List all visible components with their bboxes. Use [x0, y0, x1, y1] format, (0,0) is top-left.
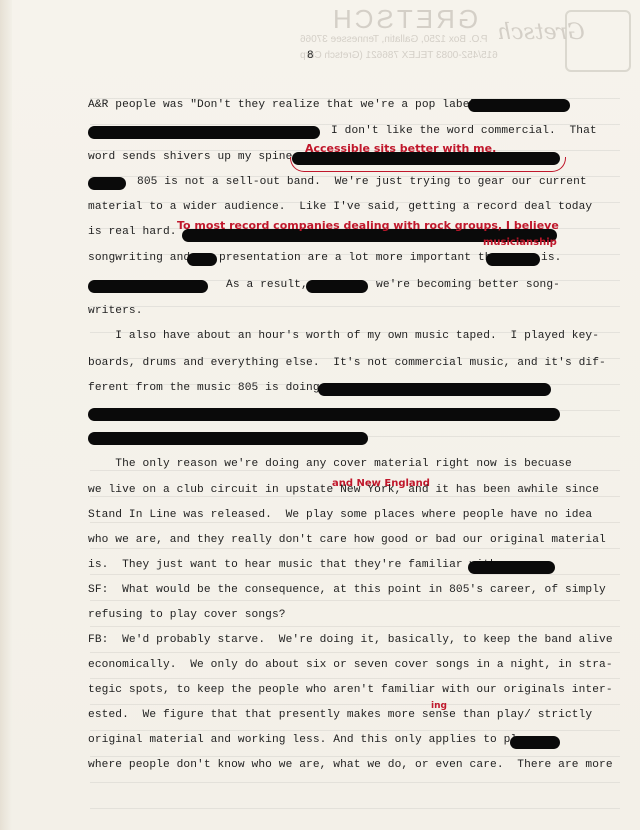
redaction-bar: [486, 253, 540, 266]
text-line: who we are, and they really don't care h…: [88, 534, 606, 546]
handwritten-note: Accessible sits better with me.: [305, 142, 496, 155]
letterhead-phone: 615/452-0083 TELEX 786621 (Gretsch Corp: [300, 50, 498, 61]
text-line: is.: [541, 252, 561, 264]
letterhead-company: GRETSCH: [330, 4, 478, 35]
text-line: writers.: [88, 305, 143, 317]
redaction-bar: [510, 736, 560, 749]
handwritten-note: musicianship: [483, 237, 557, 248]
redaction-bar: [88, 432, 368, 445]
text-line: original material and working less. And …: [88, 734, 545, 746]
redaction-bar: [88, 126, 320, 139]
redaction-bar: [306, 280, 368, 293]
text-line: we're becoming better song-: [376, 279, 560, 291]
document-page: GRETSCH P.O. Box 1250, Gallatin, Tenness…: [0, 0, 640, 830]
gretsch-logo-icon: [565, 10, 631, 72]
text-line: I don't like the word commercial. That: [331, 125, 597, 137]
text-line: is. They just want to hear music that th…: [88, 559, 504, 571]
letterhead-address: P.O. Box 1250, Gallatin, Tennessee 37066: [300, 34, 488, 45]
handwritten-note: To most record companies dealing with ro…: [177, 219, 559, 232]
text-line: A&R people was "Don't they realize that …: [88, 99, 490, 111]
text-line: refusing to play cover songs?: [88, 609, 286, 621]
redaction-bar: [88, 408, 560, 421]
annotation-loop: [290, 157, 566, 172]
text-line: As a result,: [226, 279, 308, 291]
text-line: songwriting and: [88, 252, 190, 264]
page-number: 8: [307, 50, 314, 62]
text-line: The only reason we're doing any cover ma…: [88, 458, 572, 470]
text-line: Stand In Line was released. We play some…: [88, 509, 592, 521]
redaction-bar: [88, 280, 208, 293]
redaction-bar: [88, 177, 126, 190]
text-line: presentation are a lot more important th…: [219, 252, 505, 264]
text-line: economically. We only do about six or se…: [88, 659, 613, 671]
text-line: word sends shivers up my spine. /: [88, 151, 313, 163]
text-line: 805 is not a sell-out band. We're just t…: [137, 176, 587, 188]
redaction-bar: [468, 99, 570, 112]
text-line: boards, drums and everything else. It's …: [88, 357, 606, 369]
text-line: is real hard. /: [88, 226, 190, 238]
text-line: FB: We'd probably starve. We're doing it…: [88, 634, 613, 646]
text-line: ferent from the music 805 is doing.: [88, 382, 326, 394]
text-line: material to a wider audience. Like I've …: [88, 201, 592, 213]
text-line: we live on a club circuit in upstate New…: [88, 484, 599, 496]
redaction-bar: [187, 253, 217, 266]
text-line: where people don't know who we are, what…: [88, 759, 613, 771]
text-line: ested. We figure that that presently mak…: [88, 709, 592, 721]
text-line: tegic spots, to keep the people who aren…: [88, 684, 613, 696]
redaction-bar: [318, 383, 551, 396]
text-line: SF: What would be the consequence, at th…: [88, 584, 606, 596]
redaction-bar: [468, 561, 555, 574]
text-line: I also have about an hour's worth of my …: [88, 330, 599, 342]
